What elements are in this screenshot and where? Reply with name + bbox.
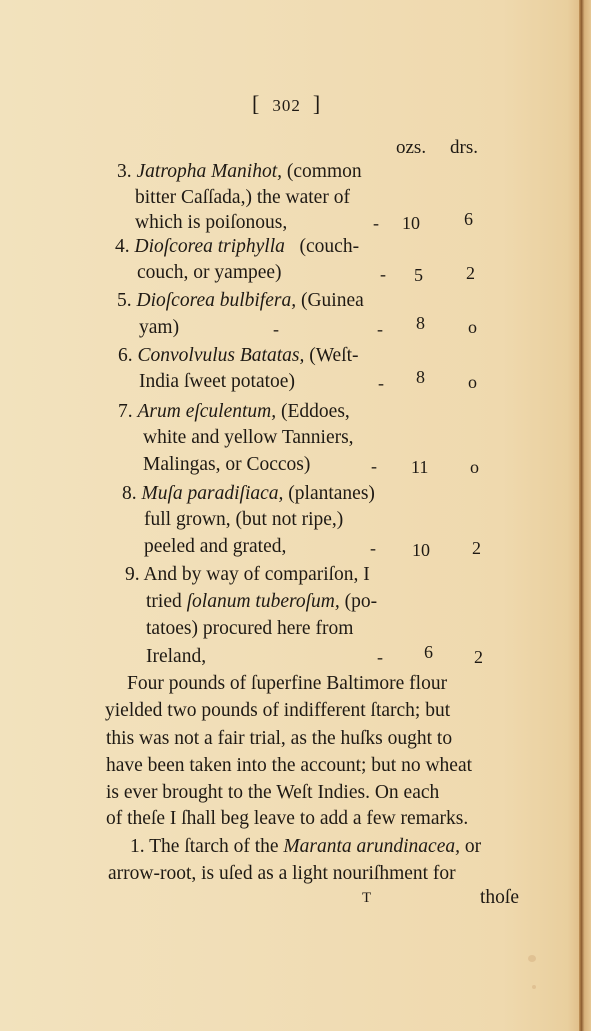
bracket-open: [ xyxy=(252,91,260,116)
leader-dash: - xyxy=(373,214,379,232)
item-4-ozs: 5 xyxy=(414,266,423,284)
leader-dash: - xyxy=(377,648,383,666)
signature-mark: T xyxy=(362,891,371,906)
leader-dash: - xyxy=(273,320,279,338)
item-6-ozs: 8 xyxy=(416,368,425,386)
item-9-ozs: 6 xyxy=(424,643,433,661)
list-item-6-line1: 6. Convolvulus Batatas, (Weſt- xyxy=(118,346,359,366)
leader-dash: - xyxy=(371,457,377,475)
list-item-9-line3: tatoes) procured here from xyxy=(146,619,353,639)
book-page: [302] ozs. drs. 3. Jatropha Manihot, (co… xyxy=(0,0,591,1031)
paragraph-line-1: Four pounds of ſuperfine Baltimore flour xyxy=(127,674,447,694)
list-item-6-line2: India ſweet potatoe) xyxy=(139,372,295,392)
list-item-3-line3: which is poiſonous, xyxy=(135,213,287,233)
list-item-9-line1: 9. And by way of compariſon, I xyxy=(125,565,370,585)
page-number: 302 xyxy=(272,96,301,115)
item-3-ozs: 10 xyxy=(402,214,420,232)
list-item-8-line2: full grown, (but not ripe,) xyxy=(144,510,343,530)
item-7-ozs: 11 xyxy=(411,458,428,476)
bracket-close: ] xyxy=(313,91,321,116)
leader-dash: - xyxy=(377,320,383,338)
leader-dash: - xyxy=(370,539,376,557)
list-item-8-line1: 8. Muſa paradiſiaca, (plantanes) xyxy=(122,484,375,504)
list-item-4-line2: couch, or yampee) xyxy=(137,263,282,283)
list-item-3-line1: 3. Jatropha Manihot, (common xyxy=(117,162,362,182)
paragraph-line-4: have been taken into the account; but no… xyxy=(106,756,472,776)
latin-name: Muſa paradiſiaca, xyxy=(142,483,284,504)
list-item-8-line3: peeled and grated, xyxy=(144,537,286,557)
latin-name: Jatropha Manihot, xyxy=(137,161,283,182)
paragraph-line-3: this was not a fair trial, as the huſks … xyxy=(106,729,452,749)
page-header: [302] xyxy=(252,91,321,117)
item-3-drs: 6 xyxy=(464,210,473,228)
column-header-ozs: ozs. xyxy=(396,137,426,159)
latin-name: Convolvulus Batatas, xyxy=(138,345,305,366)
list-item-7-line1: 7. Arum eſculentum, (Eddoes, xyxy=(118,402,350,422)
item-8-drs: 2 xyxy=(472,539,481,557)
latin-name: Arum eſculentum, xyxy=(138,401,277,422)
item-6-drs: o xyxy=(468,373,477,391)
foxing-spot xyxy=(528,955,536,962)
paragraph-line-2: yielded two pounds of indifferent ſtarch… xyxy=(105,701,450,721)
remark-1-line2: arrow-root, is uſed as a light nouriſhme… xyxy=(108,864,456,884)
list-item-7-line2: white and yellow Tanniers, xyxy=(143,428,354,448)
list-item-5-line2: yam) xyxy=(139,318,179,338)
item-8-ozs: 10 xyxy=(412,541,430,559)
page-binding-edge xyxy=(579,0,591,1031)
list-item-5-line1: 5. Dioſcorea bulbifera, (Guinea xyxy=(117,291,364,311)
list-item-9-line2: tried ſolanum tuberoſum, (po- xyxy=(146,592,377,612)
latin-name: Maranta arundinacea, xyxy=(283,836,460,857)
catchword: thoſe xyxy=(480,888,519,908)
item-4-drs: 2 xyxy=(466,264,475,282)
foxing-spot xyxy=(532,985,536,989)
list-item-9-line4: Ireland, xyxy=(146,647,206,667)
item-5-ozs: 8 xyxy=(416,314,425,332)
item-7-drs: o xyxy=(470,458,479,476)
list-item-7-line3: Malingas, or Coccos) xyxy=(143,455,310,475)
remark-1-line1: 1. The ſtarch of the Maranta arundinacea… xyxy=(130,837,481,857)
leader-dash: - xyxy=(378,374,384,392)
list-item-3-line2: bitter Caſſada,) the water of xyxy=(135,188,350,208)
column-header-drs: drs. xyxy=(450,137,478,159)
list-item-4-line1: 4. Dioſcorea triphylla (couch- xyxy=(115,237,359,257)
leader-dash: - xyxy=(380,265,386,283)
latin-name: ſolanum tuberoſum, xyxy=(187,591,340,612)
paragraph-line-5: is ever brought to the Weſt Indies. On e… xyxy=(106,783,439,803)
item-5-drs: o xyxy=(468,318,477,336)
latin-name: Dioſcorea bulbifera, xyxy=(137,290,297,311)
paragraph-line-6: of theſe I ſhall beg leave to add a few … xyxy=(106,809,468,829)
latin-name: Dioſcorea triphylla xyxy=(135,236,285,257)
item-9-drs: 2 xyxy=(474,648,483,666)
